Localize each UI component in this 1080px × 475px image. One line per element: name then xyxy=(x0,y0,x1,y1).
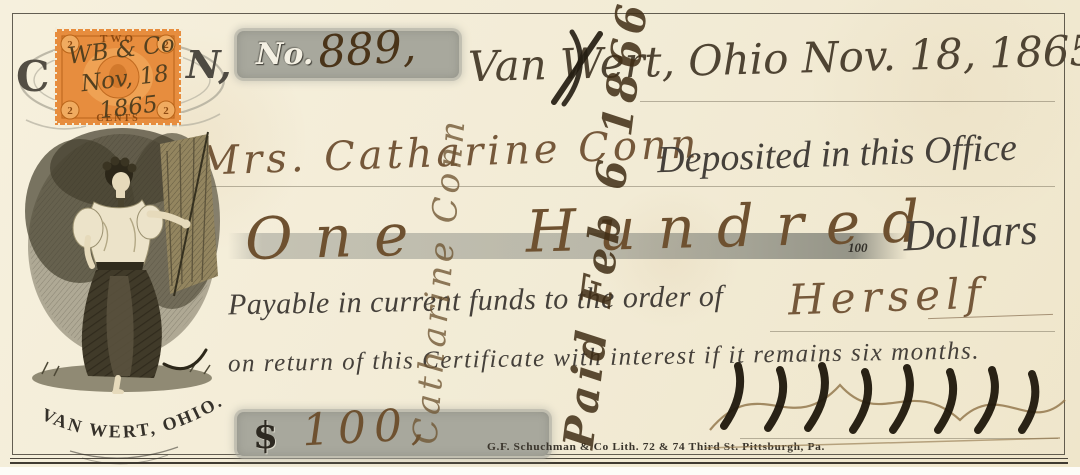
city-arc-text: VAN WERT, OHIO. xyxy=(12,383,250,468)
dollars-printed-text: Dollars xyxy=(902,204,1039,262)
date-baseline-rule xyxy=(640,101,1055,102)
order-baseline-rule xyxy=(770,331,1055,332)
serial-number-label: No. xyxy=(256,37,313,72)
serial-number-value: 889, xyxy=(316,21,417,79)
dollar-sign: $ xyxy=(253,415,278,457)
svg-text:VAN WERT, OHIO.: VAN WERT, OHIO. xyxy=(39,390,227,441)
cancelled-signature xyxy=(700,360,1072,460)
signature-flourish xyxy=(710,385,1065,430)
city-arc-label: VAN WERT, OHIO. xyxy=(39,390,227,441)
certificate-of-deposit: C N, 2 2 2 2 TWO CENTS WB & Co Nov, 18 1… xyxy=(0,0,1080,467)
harvest-woman-vignette xyxy=(22,126,222,394)
cancellation-slashes xyxy=(724,366,1035,430)
order-of-handwriting: Herself xyxy=(787,269,988,325)
